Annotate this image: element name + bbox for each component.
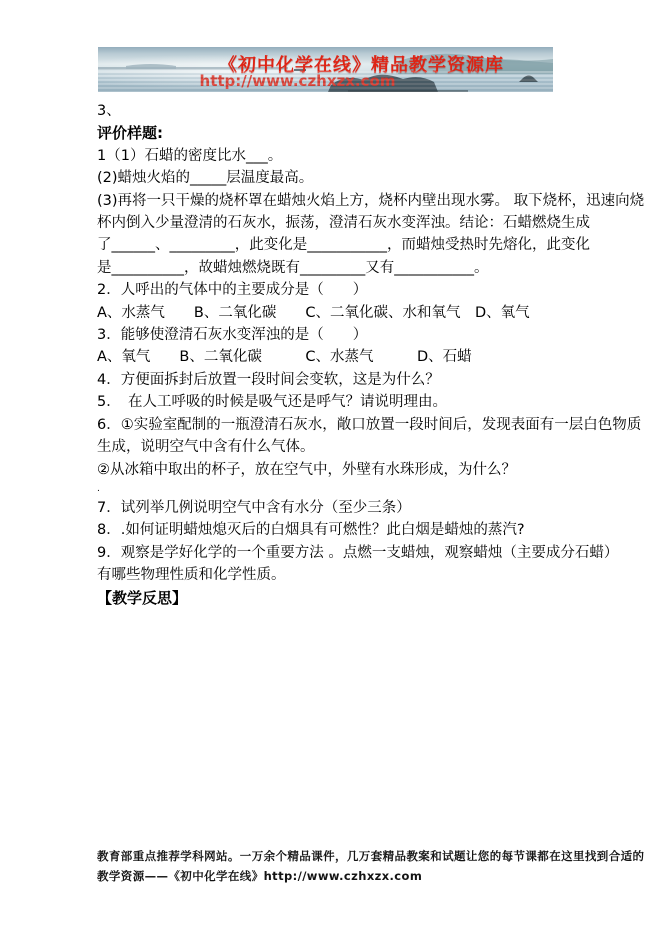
q5: 5． 在人工呼吸的时候是吸气还是呼气？请说明理由。 bbox=[97, 391, 567, 413]
footer-promo: 教育部重点推荐学科网站。一万余个精品课件，几万套精品教案和试题让您的每节课都在这… bbox=[97, 847, 572, 886]
q1-part3-line4: 是__________，故蜡烛燃烧既有_________又有__________… bbox=[97, 257, 567, 279]
q6-line2: 生成，说明空气中含有什么气体。 bbox=[97, 436, 567, 458]
site-banner[interactable]: 《初中化学在线》精品教学资源库 http://www.czhxzx.com bbox=[98, 47, 553, 92]
q1-part3-line3: 了______、_________，此变化是___________，而蜡烛受热时… bbox=[97, 234, 567, 256]
q6-line1: 6．①实验室配制的一瓶澄清石灰水，敞口放置一段时间后，发现表面有一层白色物质 bbox=[97, 414, 567, 436]
stray-period: . bbox=[97, 481, 567, 497]
q9-line2: 有哪些物理性质和化学性质。 bbox=[97, 564, 567, 586]
q2-stem: 2．人呼出的气体中的主要成分是（ ） bbox=[97, 279, 567, 301]
heading-evaluation-samples: 评价样题: bbox=[97, 122, 567, 144]
q4: 4．方便面拆封后放置一段时间会变软，这是为什么？ bbox=[97, 369, 567, 391]
q3-options: A、氧气 B、二氧化碳 C、水蒸气 D、石蜡 bbox=[97, 346, 567, 368]
q8: 8．.如何证明蜡烛熄灭后的白烟具有可燃性？此白烟是蜡烛的蒸汽? bbox=[97, 519, 567, 541]
document-page: { "banner": { "title": "《初中化学在线》精品教学资源库"… bbox=[0, 0, 661, 935]
q3-stem: 3．能够使澄清石灰水变浑浊的是（ ） bbox=[97, 324, 567, 346]
q1-part2: (2)蜡烛火焰的_____层温度最高。 bbox=[97, 167, 567, 189]
document-body: 3、 评价样题: 1（1）石蜡的密度比水___。 (2)蜡烛火焰的_____层温… bbox=[97, 100, 567, 609]
q1-part3-line1: (3)再将一只干燥的烧杯罩在蜡烛火焰上方，烧杯内壁出现水雾。 取下烧杯，迅速向烧 bbox=[97, 190, 567, 212]
q2-options: A、水蒸气 B、二氧化碳 C、二氧化碳、水和氧气 D、氧气 bbox=[97, 302, 567, 324]
footer-line-2: 教学资源——《初中化学在线》http://www.czhxzx.com bbox=[97, 867, 572, 887]
q6-part2: ②从冰箱中取出的杯子，放在空气中，外壁有水珠形成，为什么？ bbox=[97, 459, 567, 481]
footer-line-1: 教育部重点推荐学科网站。一万余个精品课件，几万套精品教案和试题让您的每节课都在这… bbox=[97, 847, 572, 867]
q1-part3-line2: 杯内倒入少量澄清的石灰水，振荡，澄清石灰水变浑浊。结论：石蜡燃烧生成 bbox=[97, 212, 567, 234]
heading-teaching-reflection: 【教学反思】 bbox=[97, 587, 567, 609]
banner-url-link[interactable]: http://www.czhxzx.com bbox=[98, 72, 525, 90]
line-number-3: 3、 bbox=[97, 100, 567, 122]
q1-part1: 1（1）石蜡的密度比水___。 bbox=[97, 145, 567, 167]
q7: 7．试列举几例说明空气中含有水分（至少三条） bbox=[97, 497, 567, 519]
q9-line1: 9．观察是学好化学的一个重要方法 。点燃一支蜡烛，观察蜡烛（主要成分石蜡） bbox=[97, 542, 567, 564]
